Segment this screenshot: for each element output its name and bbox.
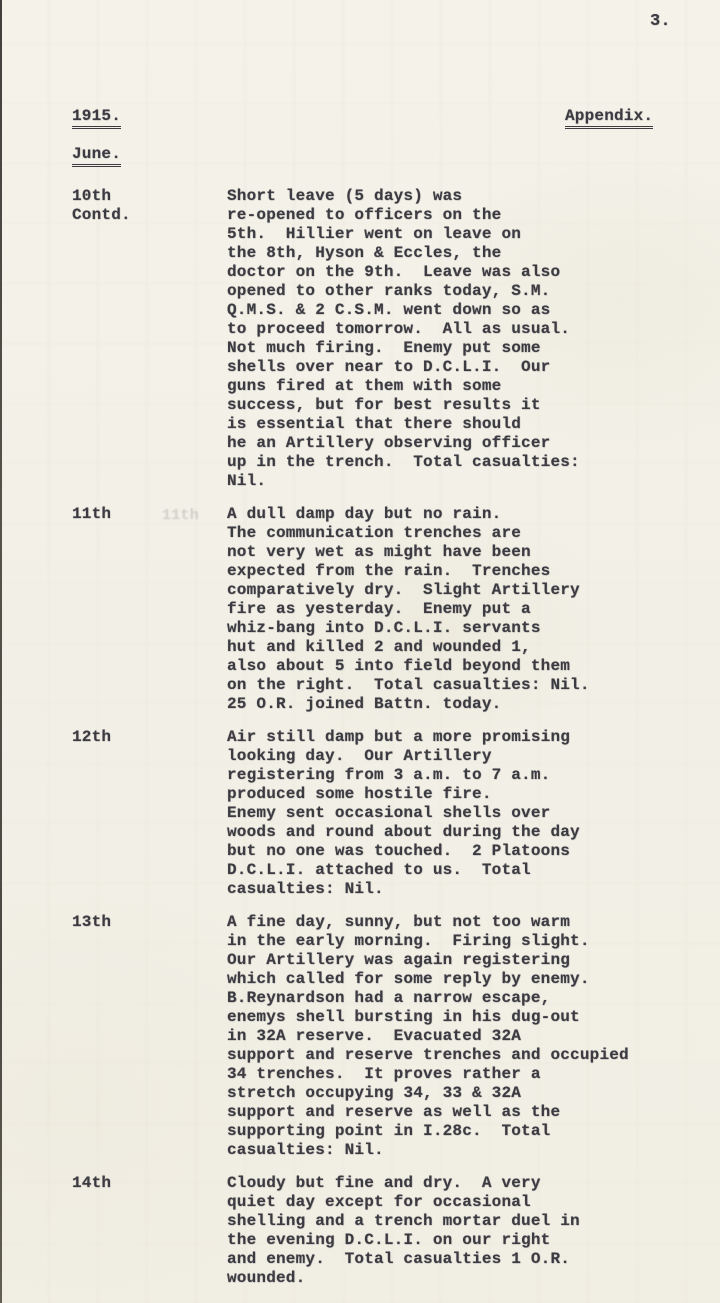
diary-entry-14th: 14th Cloudy but fine and dry. A very qui… — [72, 1174, 704, 1288]
diary-entry-11th: 11th11th A dull damp day but no rain. Th… — [72, 505, 704, 714]
diary-entry-13th: 13th A fine day, sunny, but not too warm… — [72, 913, 704, 1160]
entry-ghost-date: 11th — [162, 506, 199, 525]
entry-text: Cloudy but fine and dry. A very quiet da… — [227, 1174, 704, 1288]
entry-text: Short leave (5 days) was re-opened to of… — [227, 187, 704, 491]
appendix-heading: Appendix. — [565, 107, 653, 129]
entry-text: A fine day, sunny, but not too warm in t… — [227, 913, 704, 1160]
year-heading: 1915. — [72, 107, 121, 129]
entry-date: 12th — [72, 728, 227, 747]
entry-date: 14th — [72, 1174, 227, 1193]
scan-edge — [0, 0, 2, 1303]
diary-entry-10th: 10th Contd. Short leave (5 days) was re-… — [72, 187, 704, 491]
entry-date: 13th — [72, 913, 227, 932]
entry-date: 11th11th — [72, 505, 227, 524]
page-number: 3. — [650, 12, 671, 31]
diary-entry-12th: 12th Air still damp but a more promising… — [72, 728, 704, 899]
month-heading: June. — [72, 145, 121, 167]
diary-entries: 10th Contd. Short leave (5 days) was re-… — [72, 187, 704, 1302]
entry-text: A dull damp day but no rain. The communi… — [227, 505, 704, 714]
diary-page: 3. 1915. Appendix. June. 10th Contd. Sho… — [0, 0, 720, 1303]
entry-date: 10th Contd. — [72, 187, 227, 225]
entry-date-label: 11th — [72, 505, 111, 523]
entry-text: Air still damp but a more promising look… — [227, 728, 704, 899]
